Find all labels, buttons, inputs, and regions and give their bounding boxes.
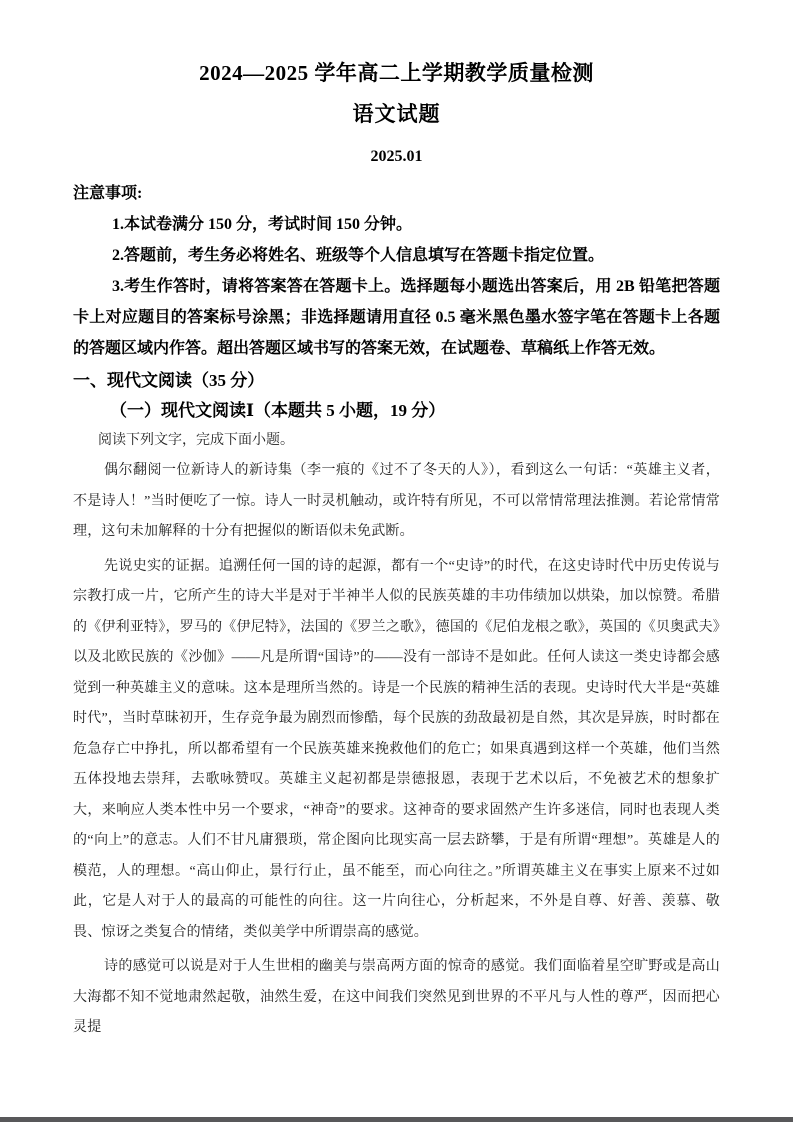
document-subtitle: 语文试题 xyxy=(73,99,720,129)
notice-item-2: 2.答题前，考生务必将姓名、班级等个人信息填写在答题卡指定位置。 xyxy=(73,240,720,271)
page-bottom-edge xyxy=(0,1117,793,1122)
document-title: 2024—2025 学年高二上学期教学质量检测 xyxy=(73,58,720,88)
document-date: 2025.01 xyxy=(73,146,720,168)
page-content: 2024—2025 学年高二上学期教学质量检测 语文试题 2025.01 注意事… xyxy=(0,0,793,1044)
reading-passage: 偶尔翻阅一位新诗人的新诗集（李一痕的《过不了冬天的人》），看到这么一句话：“英雄… xyxy=(73,456,720,1044)
exam-document-page: 2024—2025 学年高二上学期教学质量检测 语文试题 2025.01 注意事… xyxy=(0,0,793,1122)
passage-paragraph-2: 先说史实的证据。追溯任何一国的诗的起源，都有一个“史诗”的时代，在这史诗时代中历… xyxy=(73,552,720,949)
notice-section: 注意事项: 1.本试卷满分 150 分，考试时间 150 分钟。 2.答题前，考… xyxy=(73,178,720,364)
subsection-heading-reading-1: （一）现代文阅读Ⅰ（本题共 5 小题，19 分） xyxy=(110,396,720,426)
notice-item-1: 1.本试卷满分 150 分，考试时间 150 分钟。 xyxy=(73,209,720,240)
notice-item-3: 3.考生作答时，请将答案答在答题卡上。选择题每小题选出答案后，用 2B 铅笔把答… xyxy=(73,271,720,364)
passage-paragraph-1: 偶尔翻阅一位新诗人的新诗集（李一痕的《过不了冬天的人》），看到这么一句话：“英雄… xyxy=(73,456,720,548)
reading-instruction: 阅读下列文字，完成下面小题。 xyxy=(98,426,720,456)
passage-paragraph-3: 诗的感觉可以说是对于人生世相的幽美与崇高两方面的惊奇的感觉。我们面临着星空旷野或… xyxy=(73,952,720,1044)
notice-heading: 注意事项: xyxy=(73,178,720,209)
section-heading-modern-reading: 一、现代文阅读（35 分） xyxy=(73,366,720,396)
